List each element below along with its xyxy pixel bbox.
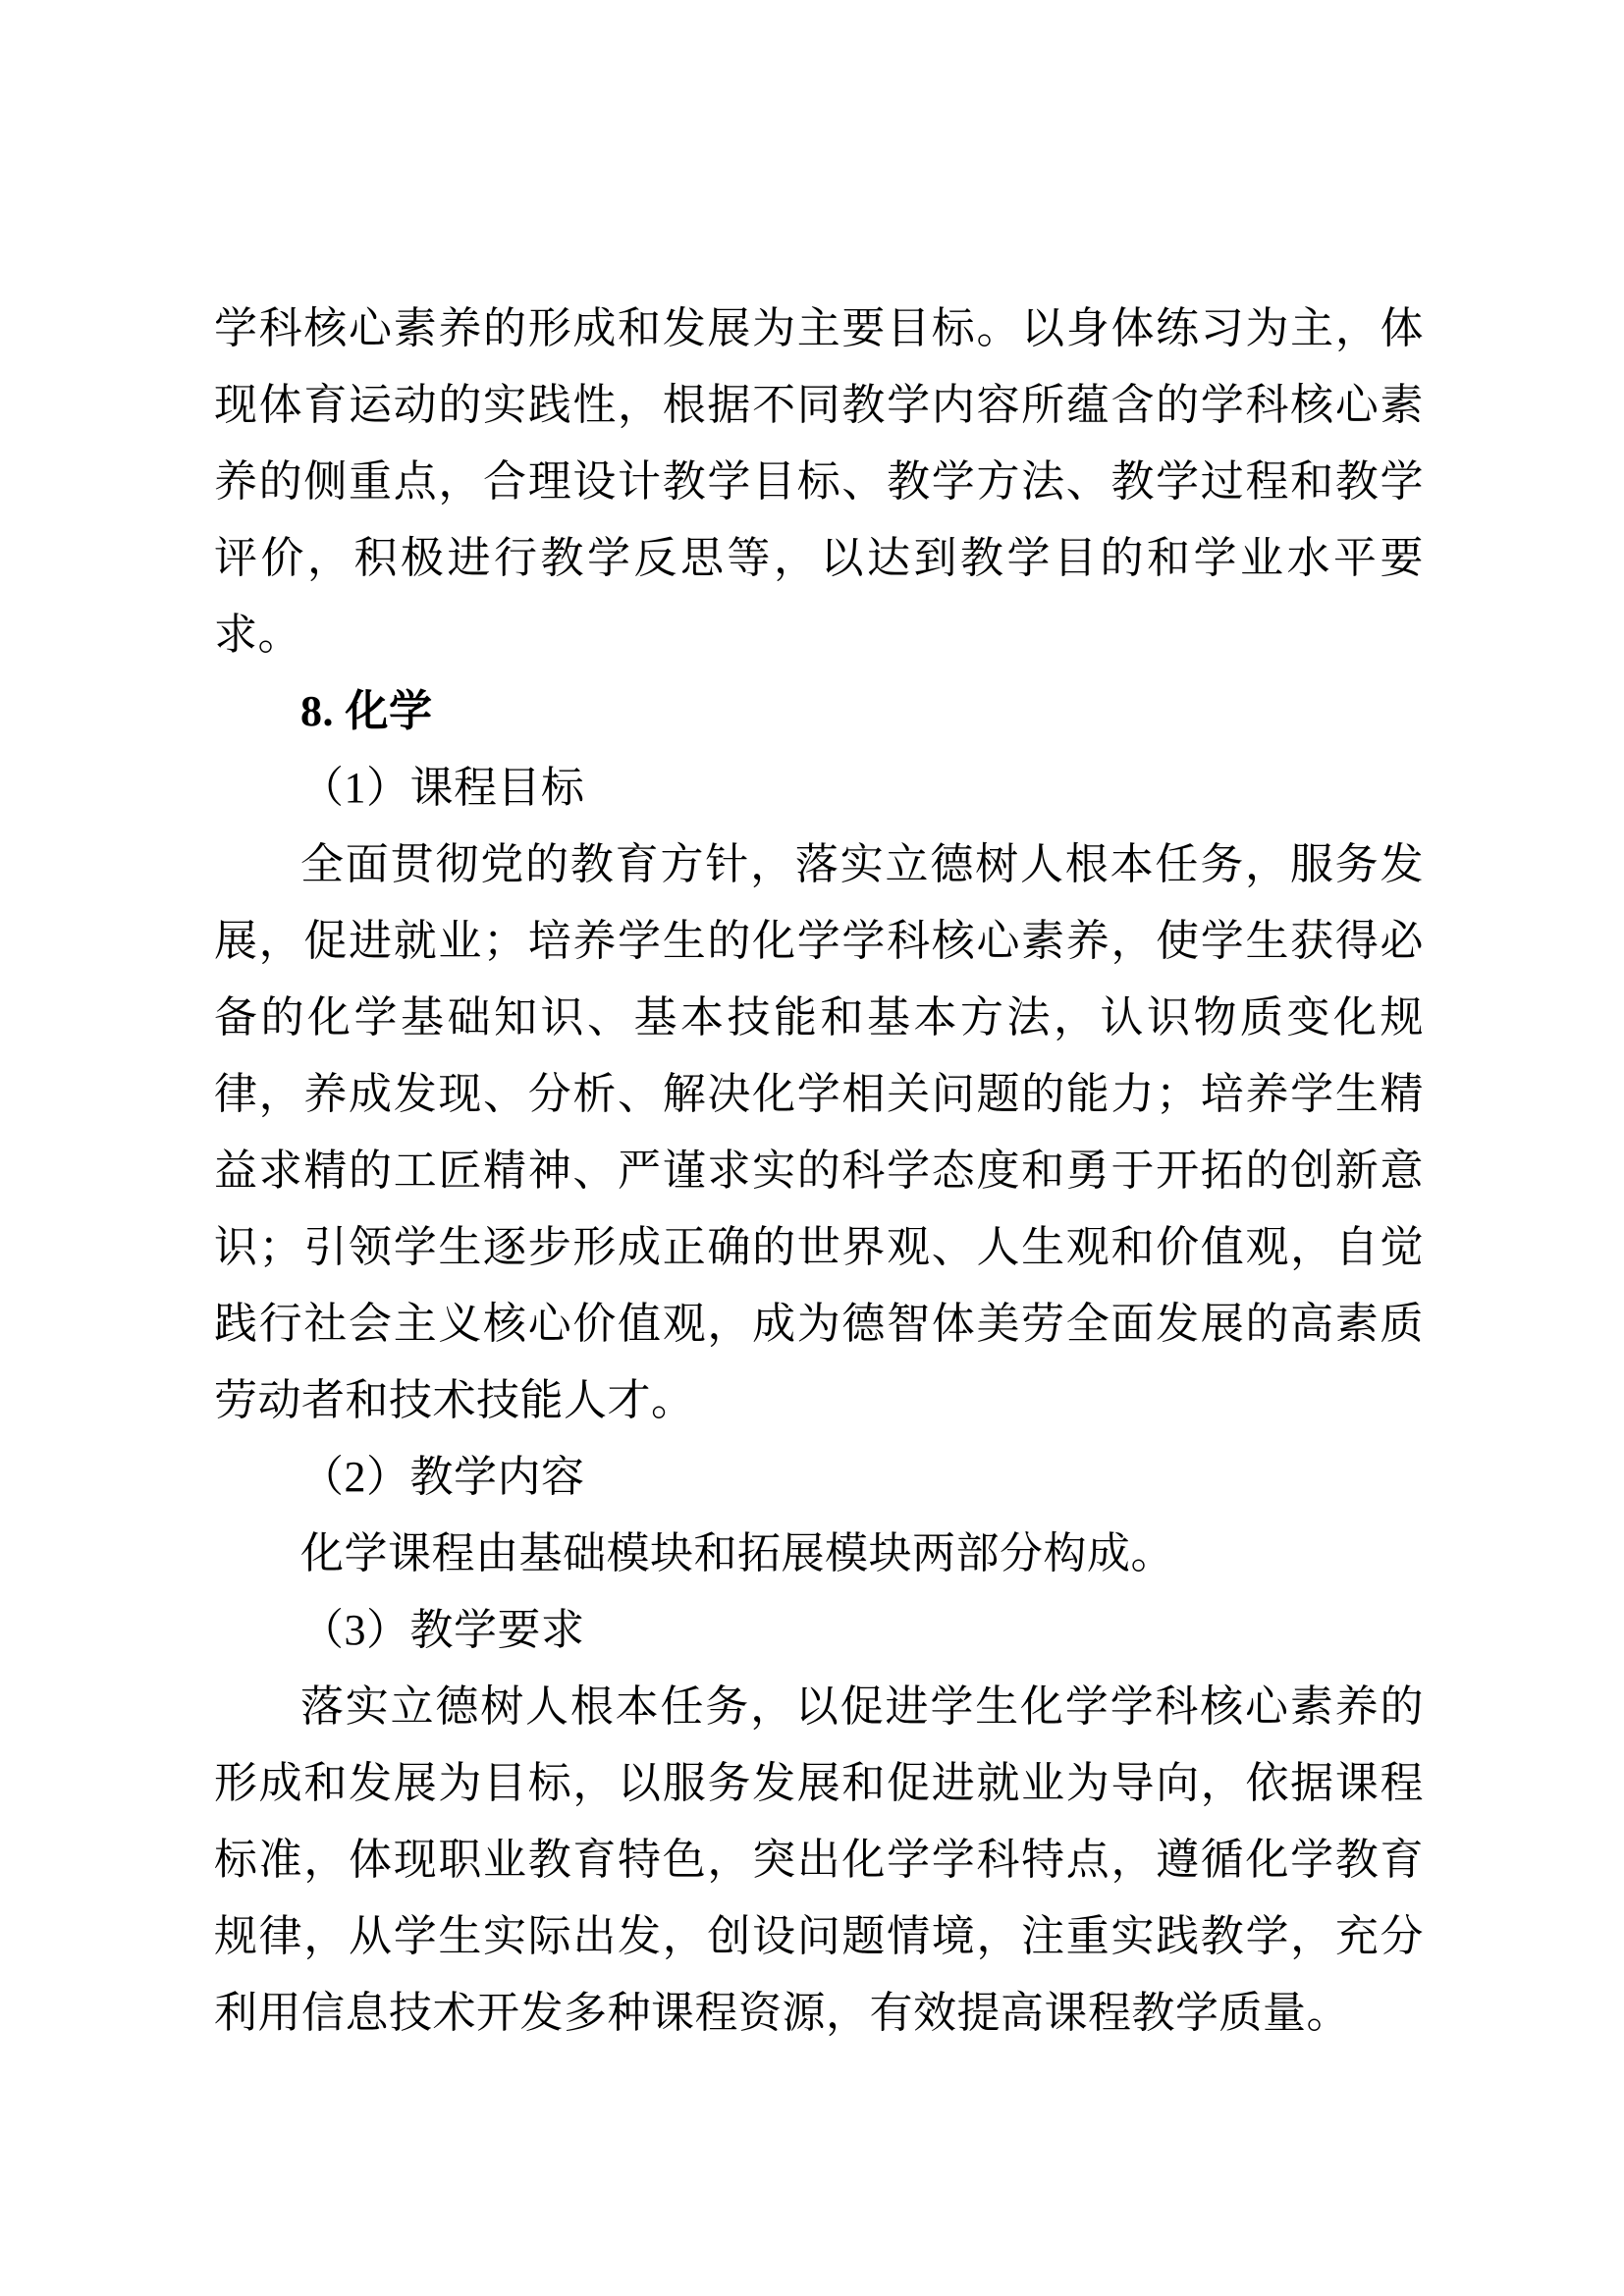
subheading-1-course-objectives: （1）课程目标 (214, 750, 1424, 827)
subheading-3-teaching-requirements: （3）教学要求 (214, 1592, 1424, 1669)
paragraph-pe-teaching-requirements-continuation: 学科核心素养的形成和发展为主要目标。以身体练习为主，体现体育运动的实践性，根据不… (214, 291, 1424, 673)
paragraph-course-objectives: 全面贯彻党的教育方针，落实立德树人根本任务，服务发展，促进就业；培养学生的化学学… (214, 827, 1424, 1439)
paragraph-teaching-content: 化学课程由基础模块和拓展模块两部分构成。 (214, 1516, 1424, 1592)
paragraph-teaching-requirements: 落实立德树人根本任务，以促进学生化学学科核心素养的形成和发展为目标，以服务发展和… (214, 1669, 1424, 2052)
document-body: 学科核心素养的形成和发展为主要目标。以身体练习为主，体现体育运动的实践性，根据不… (214, 291, 1424, 2052)
document-page: 学科核心素养的形成和发展为主要目标。以身体练习为主，体现体育运动的实践性，根据不… (0, 0, 1624, 2296)
subheading-2-teaching-content: （2）教学内容 (214, 1439, 1424, 1516)
heading-section-8-chemistry: 8. 化学 (214, 673, 1424, 750)
